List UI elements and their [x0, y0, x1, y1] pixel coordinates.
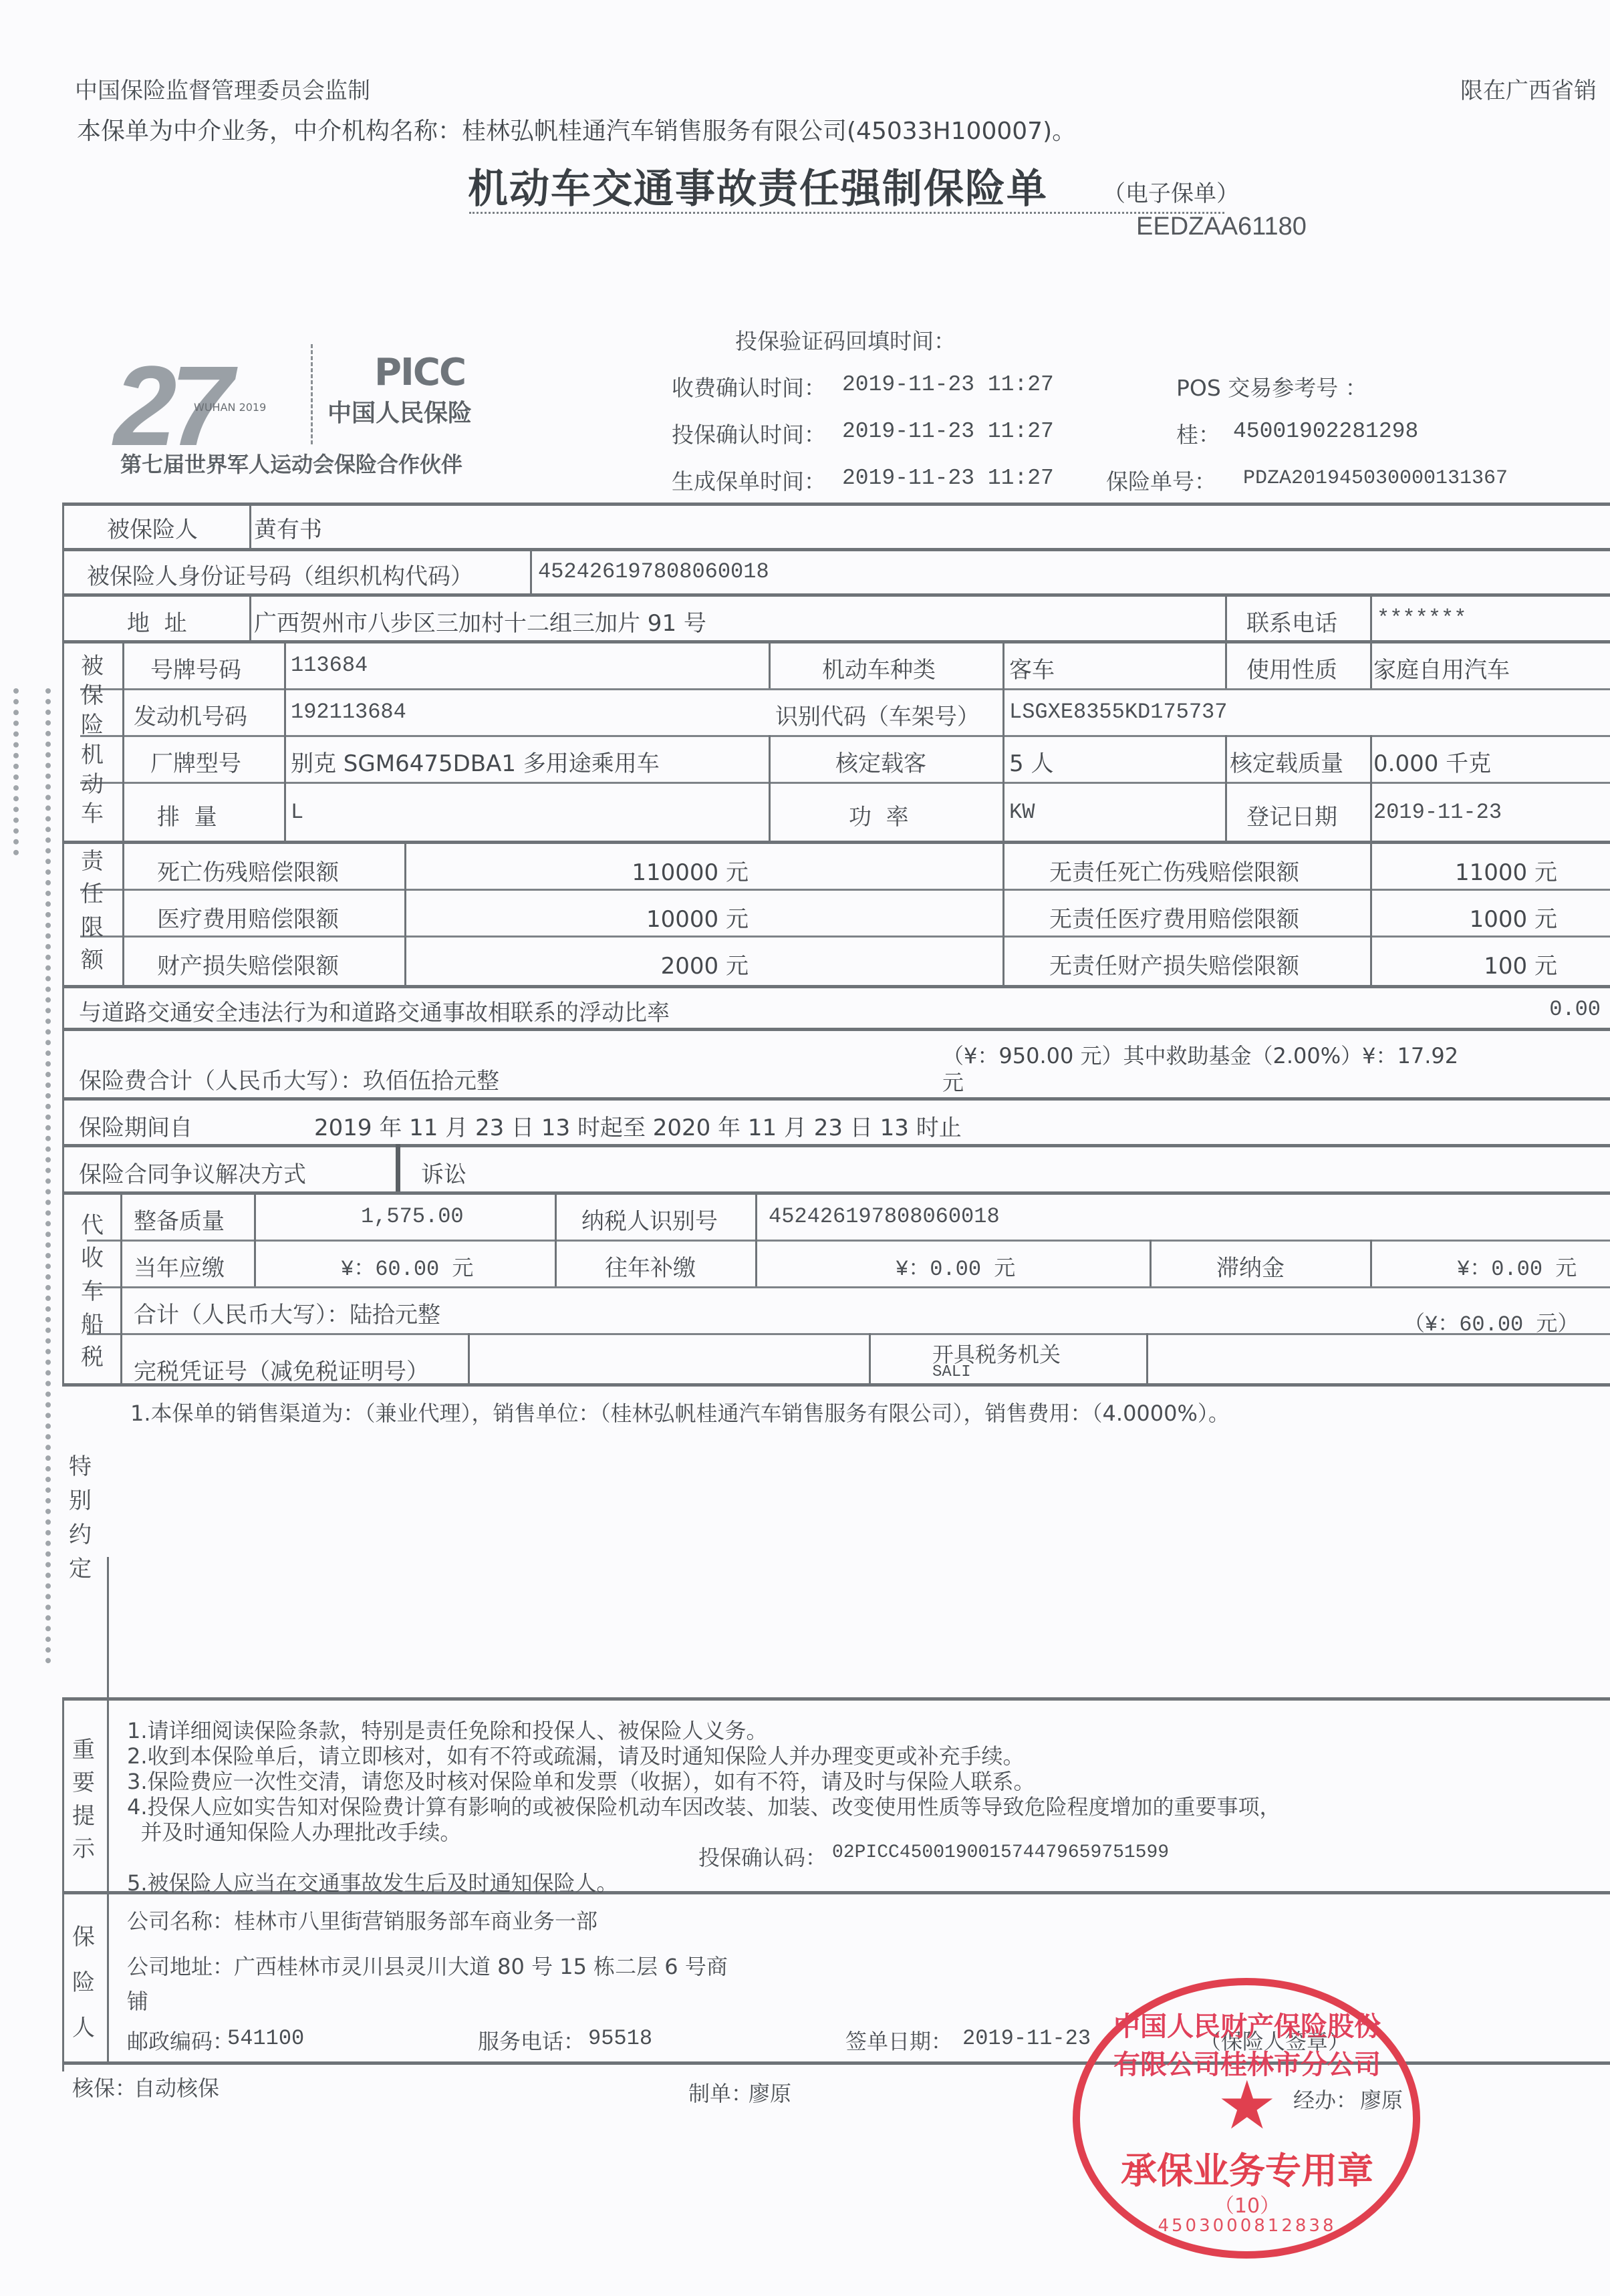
reg-date-value: 2019-11-23 [1373, 800, 1502, 825]
phone-label: 联系电话 [1246, 605, 1337, 637]
underwriting-value: 自动核保 [134, 2071, 219, 2102]
engine-value: 192113684 [291, 700, 406, 724]
curb-weight-value: 1,575.00 [361, 1204, 464, 1229]
late-fee-label: 滞纳金 [1216, 1250, 1285, 1282]
address-value: 广西贺州市八步区三加村十二组三加片 91 号 [254, 605, 706, 637]
insurer-company-value: 桂林市八里街营销服务部车商业务一部 [234, 1904, 597, 1935]
issue-time-label: 生成保单时间： [672, 464, 826, 496]
liability-value: 2000 元 [468, 948, 749, 980]
insured-name-label: 被保险人 [107, 511, 198, 544]
logo-separator [311, 344, 313, 444]
notice-item: 并及时通知保险人办理批改手续。 [127, 1816, 461, 1846]
apply-confirm-label: 投保确认时间： [672, 418, 826, 449]
dispute-label: 保险合同争议解决方式 [79, 1156, 306, 1189]
insurer-section-label: 保险人 [70, 1914, 97, 2051]
seal-code: （10） [1147, 2189, 1347, 2218]
logo-caption: 第七届世界军人运动会保险合作伙伴 [120, 448, 462, 478]
prepared-by-value: 廖原 [749, 2077, 791, 2108]
fee-confirm-label: 收费确认时间： [672, 371, 826, 402]
address-label: 地 址 [127, 605, 187, 637]
vin-value: LSGXE8355KD175737 [1009, 700, 1227, 724]
apply-confirm-value: 2019-11-23 11:27 [842, 419, 1054, 444]
vehicle-type-label: 机动车种类 [822, 652, 936, 684]
seats-label: 核定载客 [835, 745, 926, 778]
confirm-code-label: 投保确认码： [698, 1841, 827, 1872]
liability-section-label: 责任限额 [79, 845, 106, 977]
period-value: 2019 年 11 月 23 日 13 时起至 2020 年 11 月 23 日… [314, 1109, 962, 1142]
insured-name-value: 黄有书 [254, 511, 322, 544]
no-fault-liability-label: 无责任财产损失赔偿限额 [1049, 948, 1299, 980]
postcode-label: 邮政编码： [127, 2025, 234, 2055]
side-margin-print [45, 688, 60, 1664]
gui-value: 45001902281298 [1233, 419, 1418, 444]
notices-label: 重要提示 [70, 1734, 97, 1866]
current-year-tax-label: 当年应缴 [134, 1250, 225, 1282]
model-label: 厂牌型号 [150, 745, 241, 778]
picc-logo-icon: PICC [374, 351, 465, 394]
plate-label: 号牌号码 [150, 652, 241, 684]
issue-time-value: 2019-11-23 11:27 [842, 466, 1054, 490]
premium-detail: （¥：950.00 元）其中救助基金（2.00%）¥：17.92 [942, 1039, 1458, 1070]
no-fault-liability-value: 100 元 [1377, 948, 1557, 980]
verify-backfill-label: 投保验证码回填时间： [735, 324, 956, 355]
liability-value: 110000 元 [468, 854, 749, 887]
liability-value: 10000 元 [468, 901, 749, 934]
document-title-suffix: （电子保单） [1103, 175, 1239, 208]
power-value: KW [1009, 800, 1035, 825]
liability-label: 死亡伤残赔偿限额 [157, 854, 339, 887]
floating-rate-value: 0.00 [1470, 997, 1601, 1022]
service-phone-label: 服务电话： [478, 2025, 585, 2055]
brand-name: 中国人民保险 [327, 394, 472, 428]
power-label: 功 率 [849, 799, 909, 831]
curb-weight-label: 整备质量 [134, 1203, 225, 1236]
title-underline [469, 212, 1224, 214]
sign-date-label: 签单日期： [845, 2025, 952, 2055]
serial-number: EEDZAA61180 [1136, 212, 1307, 241]
displacement-value: L [291, 800, 303, 825]
star-icon: ★ [1217, 2072, 1277, 2139]
dispute-value: 诉讼 [421, 1156, 466, 1189]
sign-date-value: 2019-11-23 [962, 2026, 1091, 2051]
special-agreement-label: 特别约定 [67, 1450, 94, 1586]
seal-number: 4503000812838 [1140, 2216, 1354, 2236]
tax-cert-label: 完税凭证号（减免税证明号） [134, 1353, 429, 1386]
insurer-company-label: 公司名称： [127, 1904, 234, 1935]
no-fault-liability-value: 11000 元 [1377, 854, 1557, 887]
phone-value: ******* [1377, 606, 1466, 631]
no-fault-liability-label: 无责任医疗费用赔偿限额 [1049, 901, 1299, 934]
policy-number-label: 保险单号： [1106, 464, 1216, 496]
load-capacity-label: 核定载质量 [1230, 745, 1343, 778]
intermediary-note: 本保单为中介业务，中介机构名称：桂林弘帆桂通汽车销售服务有限公司(45033H1… [77, 112, 1076, 146]
underwriting-label: 核保： [72, 2071, 136, 2102]
insured-id-value: 452426197808060018 [538, 559, 769, 584]
insurer-address-value-cont: 铺 [127, 1985, 148, 2015]
usage-value: 家庭自用汽车 [1373, 652, 1510, 684]
insurer-address-label: 公司地址： [127, 1950, 234, 1981]
games-city-text: WUHAN 2019 [194, 401, 266, 414]
document-title: 机动车交通事故责任强制保险单 [468, 157, 1048, 214]
service-phone-value: 95518 [588, 2026, 652, 2051]
displacement-label: 排 量 [157, 799, 217, 831]
model-value: 别克 SGM6475DBA1 多用途乘用车 [291, 745, 660, 778]
seats-value: 5 人 [1009, 745, 1053, 778]
past-year-tax-label: 往年补缴 [605, 1250, 696, 1282]
load-capacity-value: 0.000 千克 [1373, 745, 1491, 778]
prepared-by-label: 制单： [688, 2077, 753, 2108]
insured-id-label: 被保险人身份证号码（组织机构代码） [87, 558, 473, 591]
regulator-note: 中国保险监督管理委员会监制 [75, 72, 370, 105]
vin-label: 识别代码（车架号） [775, 698, 980, 731]
taxpayer-id-label: 纳税人识别号 [581, 1203, 718, 1236]
tax-total-value: （¥：60.00 元） [1403, 1306, 1579, 1337]
premium-detail-unit: 元 [942, 1066, 964, 1097]
vehicle-type-value: 客车 [1009, 652, 1055, 684]
taxpayer-id-value: 452426197808060018 [769, 1204, 1000, 1229]
engine-label: 发动机号码 [134, 698, 247, 731]
special-agreement-text: 1.本保单的销售渠道为：（兼业代理），销售单位：（桂林弘帆桂通汽车销售服务有限公… [130, 1397, 1230, 1427]
insurer-address-value: 广西桂林市灵川县灵川大道 80 号 15 栋二层 6 号商 [234, 1950, 728, 1981]
floating-rate-label: 与道路交通安全违法行为和道路交通事故相联系的浮动比率 [79, 994, 670, 1027]
pos-ref-label: POS 交易参考号 ： [1176, 371, 1367, 402]
late-fee-value: ¥：0.00 元 [1457, 1251, 1577, 1282]
past-year-tax-value: ¥：0.00 元 [896, 1251, 1015, 1282]
tax-total-label: 合计（人民币大写）：陆拾元整 [134, 1296, 440, 1329]
period-label: 保险期间自 [79, 1109, 192, 1142]
gui-label: 桂： [1176, 418, 1220, 449]
liability-label: 财产损失赔偿限额 [157, 948, 339, 980]
usage-label: 使用性质 [1246, 652, 1337, 684]
side-margin-print [13, 688, 28, 855]
seal-main-text: 承保业务专用章 [1113, 2142, 1381, 2194]
liability-label: 医疗费用赔偿限额 [157, 901, 339, 934]
premium-total-label: 保险费合计（人民币大写）：玖佰伍拾元整 [79, 1062, 499, 1095]
postcode-value: 541100 [227, 2026, 304, 2051]
no-fault-liability-label: 无责任死亡伤残赔偿限额 [1049, 854, 1299, 887]
tax-office-value: SALI [932, 1363, 971, 1381]
notice-item: 5.被保险人应当在交通事故发生后及时通知保险人。 [127, 1866, 618, 1897]
reg-date-label: 登记日期 [1246, 799, 1337, 831]
vessel-tax-section-label: 代收车船税 [79, 1209, 106, 1374]
current-year-tax-value: ¥：60.00 元 [341, 1251, 473, 1282]
plate-value: 113684 [291, 653, 368, 678]
policy-number-value: PDZA201945030000131367 [1243, 467, 1508, 490]
confirm-code-value: 02PICC450019001574479659751599 [832, 1842, 1169, 1863]
region-limit-note: 限在广西省销 [1460, 72, 1597, 105]
fee-confirm-value: 2019-11-23 11:27 [842, 372, 1054, 397]
vehicle-section-label: 被保险机动车 [79, 652, 106, 829]
no-fault-liability-value: 1000 元 [1377, 901, 1557, 934]
company-seal: 中国人民财产保险股份有限公司桂林市分公司 ★ 承保业务专用章 （10） 4503… [1073, 1978, 1420, 2259]
